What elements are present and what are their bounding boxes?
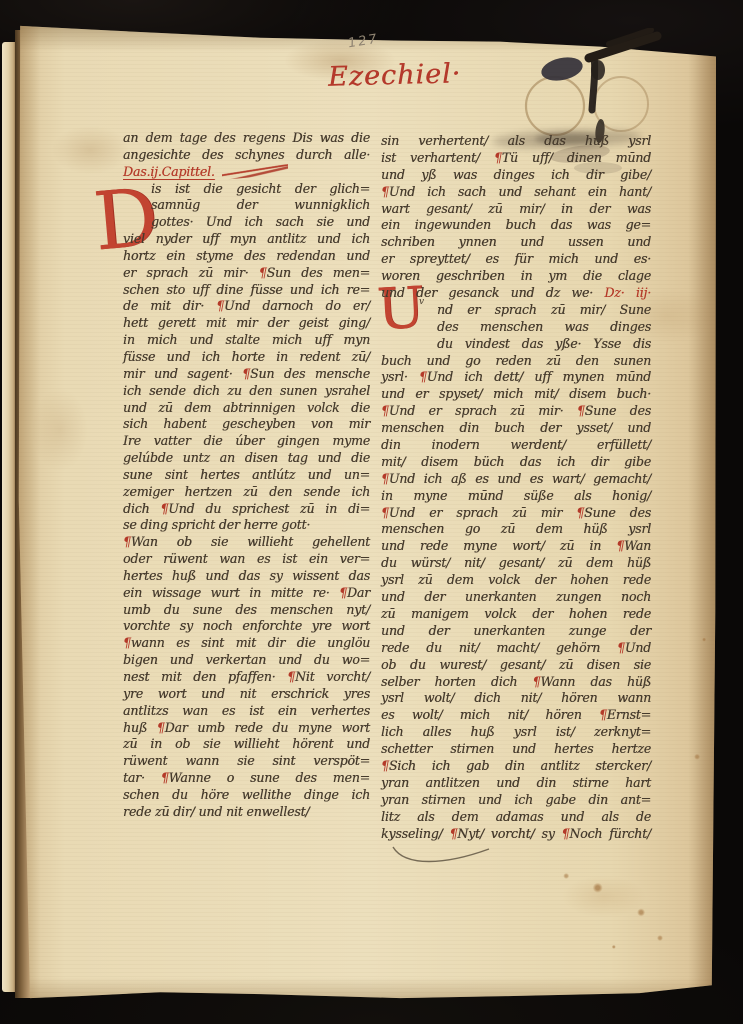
text-line: buch und go reden zū den sunen	[381, 353, 651, 370]
text-line: zemiger hertzen zū den sende ich	[123, 484, 370, 501]
text-line: yre wort und nit erschrick yres	[123, 686, 370, 703]
text-line: hortz ein styme des redendan und	[123, 248, 370, 265]
text-line: ein ingewunden buch das was ge=	[381, 217, 651, 234]
rubric-line: Das.ij.Capittel.	[123, 164, 370, 181]
text-line: antlitzs wan es ist ein verhertes	[123, 703, 370, 720]
text-line: ¶Wan ob sie willieht gehellent	[123, 534, 370, 551]
text-line: du würst/ nit/ gesant/ zū dem hüß	[381, 555, 651, 572]
text-line: ein wissage wurt in mitte re· ¶Dar	[123, 585, 370, 602]
text-line: oder rüwent wan es ist ein ver=	[123, 551, 370, 568]
text-line: tar· ¶Wanne o sune des men=	[123, 770, 370, 787]
running-title: Ezechiel·	[328, 58, 462, 92]
text-line: ysrl wolt/ dich nit/ hören wann	[381, 690, 651, 707]
text-line: yran stirnen und ich gabe din ant=	[381, 792, 651, 809]
text-line: ¶Und ich sach und sehant ein hant/	[381, 184, 651, 201]
text-line: sich habent gescheyben von mir	[123, 416, 370, 433]
text-line: und der gesanck und dz we· Dz· iij·	[381, 285, 651, 302]
text-line: ich sende dich zu den sunen ysrahel	[123, 383, 370, 400]
descender-flourish	[385, 843, 515, 873]
text-line: und yß was dinges ich dir gibe/	[381, 167, 651, 184]
text-line: ysrl· ¶Und ich dett/ uff mynen mūnd	[381, 369, 651, 386]
text-line: und zū dem abtrinnigen volck die	[123, 400, 370, 417]
text-line: samnūg der wunnigklich	[123, 197, 370, 214]
text-line: viel nyder uff myn antlitz und ich	[123, 231, 370, 248]
text-line: ob du wurest/ gesant/ zū disen sie	[381, 657, 651, 674]
text-line: wart gesant/ zū mir/ in der was	[381, 201, 651, 218]
text-line: vorchte sy noch enforchte yre wort	[123, 618, 370, 635]
text-line: schetter stirnen und hertes hertze	[381, 741, 651, 758]
text-line: schriben ynnen und ussen und	[381, 234, 651, 251]
text-line: lich alles huß ysrl ist/ zerknyt=	[381, 724, 651, 741]
rubric-flourish	[222, 164, 288, 180]
text-column-left: an dem tage des regens Dis was dieangesi…	[123, 130, 370, 821]
text-line: angesichte des schynes durch alle·	[123, 147, 370, 164]
text-line: dich ¶Und du sprichest zū in di=	[123, 501, 370, 518]
text-line: sune sint hertes antlútz und un=	[123, 467, 370, 484]
manuscript-photo: { "page": { "folio_number": "127", "runn…	[0, 0, 743, 1024]
text-line: zū manigem volck der hohen rede	[381, 606, 651, 623]
text-line: du vindest das yße· Ysse dis	[381, 336, 651, 353]
text-line: gelúbde untz an disen tag und die	[123, 450, 370, 467]
text-line: bigen und verkertan und du wo=	[123, 652, 370, 669]
text-line: er spreyttet/ es für mich und es·	[381, 251, 651, 268]
text-line: rüwent wann sie sint verspöt=	[123, 753, 370, 770]
text-line: in mich und stalte mich uff myn	[123, 332, 370, 349]
text-line: ¶Und er sprach zū mir ¶Sune des	[381, 505, 651, 522]
text-line: Ire vatter die úber gingen myme	[123, 433, 370, 450]
text-line: din inodern werdent/ erfüllett/	[381, 437, 651, 454]
text-line: an dem tage des regens Dis was die	[123, 130, 370, 147]
text-line: und der unerkanten zungen noch	[381, 589, 651, 606]
facing-page-edge	[2, 42, 16, 992]
text-line: in myne mūnd süße als honig/	[381, 488, 651, 505]
text-line: ysrl zū dem volck der hohen rede	[381, 572, 651, 589]
text-column-right: sin verhertent/ als das huß ysrlist verh…	[381, 133, 651, 842]
text-line: ist verhartent/ ¶Tü uff/ dinen mūnd	[381, 150, 651, 167]
text-line: menschen din buch der ysset/ und	[381, 420, 651, 437]
text-line: und der unerkanten zunge der	[381, 623, 651, 640]
text-line: mir und sagent· ¶Sun des mensche	[123, 366, 370, 383]
text-line: umb du sune des menschen nyt/	[123, 602, 370, 619]
text-line: schen sto uff dine füsse und ich re=	[123, 282, 370, 299]
text-line: se ding spricht der herre gott·	[123, 517, 370, 534]
text-line: sin verhertent/ als das huß ysrl	[381, 133, 651, 150]
text-line: und rede myne wort/ zū in ¶Wan	[381, 538, 651, 555]
text-line: ¶Sich ich gab din antlitz stercker/	[381, 758, 651, 775]
text-line: mit/ disem büch das ich dir gibe	[381, 454, 651, 471]
text-line: es wolt/ mich nit/ hören ¶Ernst=	[381, 707, 651, 724]
text-line: nest mit den pfaffen· ¶Nit vorcht/	[123, 669, 370, 686]
text-line: de mit dir· ¶Und darnoch do er/	[123, 298, 370, 315]
text-line: menschen go zū dem hüß ysrl	[381, 521, 651, 538]
text-line: des menschen was dinges	[381, 319, 651, 336]
text-line: hett gerett mit mir der geist ging/	[123, 315, 370, 332]
text-line: und er spyset/ mich mit/ disem buch·	[381, 386, 651, 403]
text-line: huß ¶Dar umb rede du myne wort	[123, 720, 370, 737]
text-line: is ist die gesicht der glich=	[123, 181, 370, 198]
text-line: rede zū dir/ und nit enwellest/	[123, 804, 370, 821]
text-line: füsse und ich horte in redent zū/	[123, 349, 370, 366]
text-line: selber horten dich ¶Wann das hüß	[381, 674, 651, 691]
text-line: hertes huß und das sy wissent das	[123, 568, 370, 585]
text-line: schen du höre wellithe dinge ich	[123, 787, 370, 804]
text-line: woren geschriben in ym die clage	[381, 268, 651, 285]
text-line: ¶Und ich aß es und es wart/ gemacht/	[381, 471, 651, 488]
text-line: nd er sprach zū mir/ Sune	[381, 302, 651, 319]
text-line: litz als dem adamas und als de	[381, 809, 651, 826]
text-line: er sprach zū mir· ¶Sun des men=	[123, 265, 370, 282]
text-line: kysseling/ ¶Nyt/ vorcht/ sy ¶Noch fürcht…	[381, 826, 651, 843]
text-line: ¶Und er sprach zū mir· ¶Sune des	[381, 403, 651, 420]
text-line: rede du nit/ macht/ gehörn ¶Und	[381, 640, 651, 657]
text-line: ¶wann es sint mit dir die unglöu	[123, 635, 370, 652]
text-line: zū in ob sie willieht hörent und	[123, 736, 370, 753]
text-line: gottes· Und ich sach sie und	[123, 214, 370, 231]
text-line: yran antlitzen und din stirne hart	[381, 775, 651, 792]
